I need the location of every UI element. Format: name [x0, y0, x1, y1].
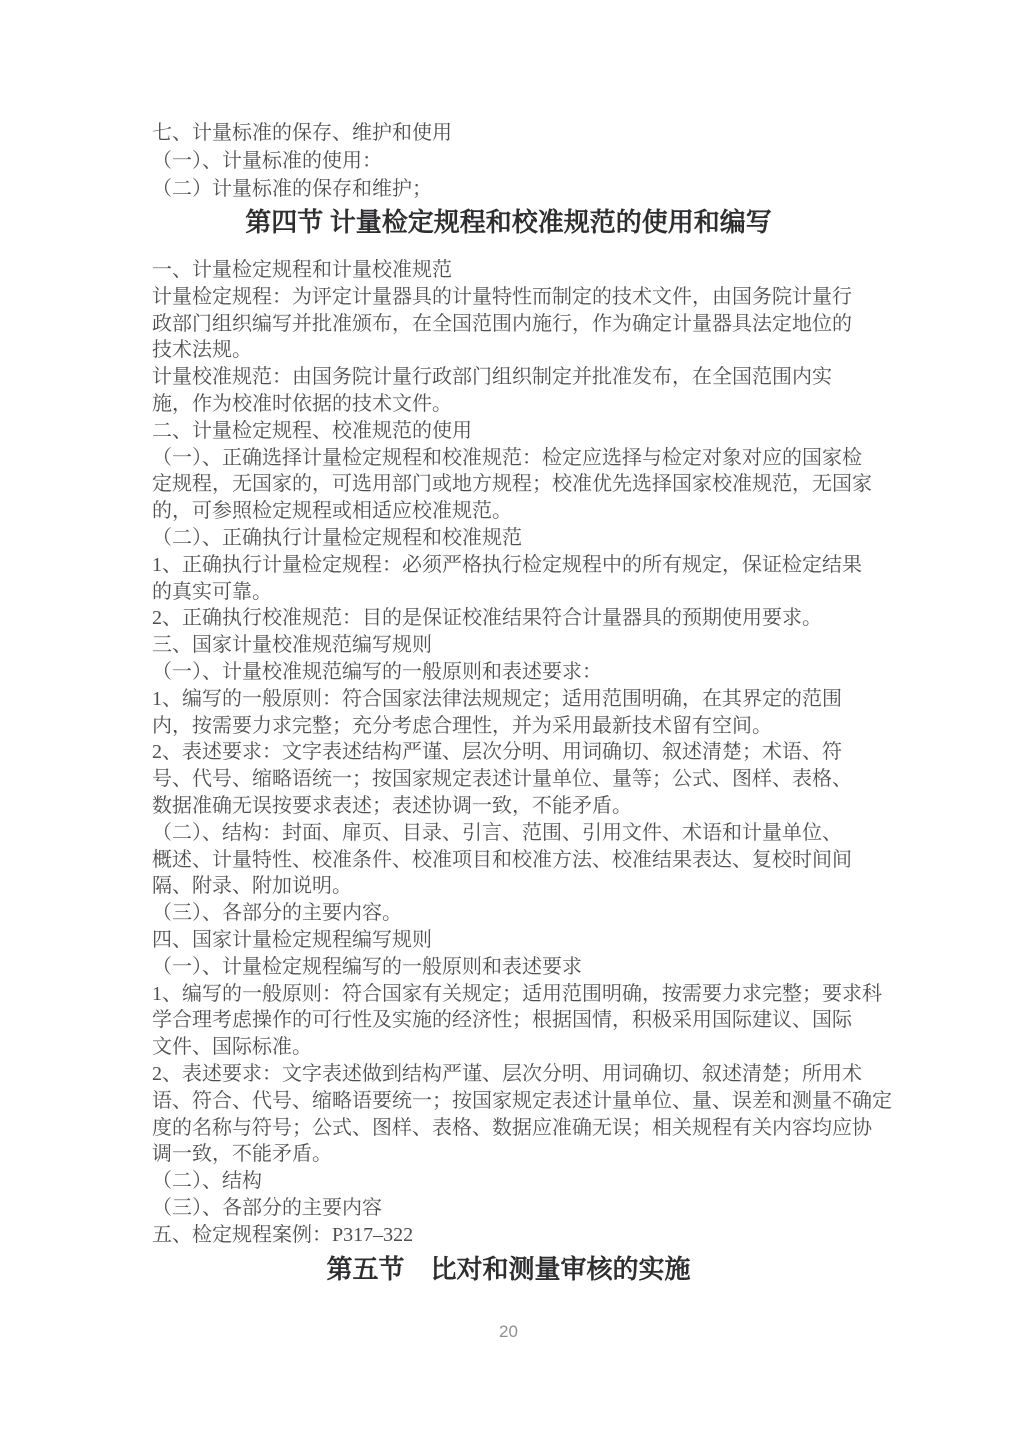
text-line: 1、正确执行计量检定规程：必须严格执行检定规程中的所有规定，保证检定结果 — [152, 552, 865, 579]
text-line: 计量检定规程：为评定计量器具的计量特性而制定的技术文件，由国务院计量行 — [152, 284, 865, 311]
text-line: 二、计量检定规程、校准规范的使用 — [152, 418, 865, 445]
text-line: 三、国家计量校准规范编写规则 — [152, 632, 865, 659]
text-line: 政部门组织编写并批准颁布，在全国范围内施行，作为确定计量器具法定地位的 — [152, 311, 865, 338]
text-line: 内，按需要力求完整；充分考虑合理性，并为采用最新技术留有空间。 — [152, 713, 865, 740]
text-line: 2、正确执行校准规范：目的是保证校准结果符合计量器具的预期使用要求。 — [152, 605, 865, 632]
text-line: （一）、正确选择计量检定规程和校准规范：检定应选择与检定对象对应的国家检 — [152, 445, 865, 472]
text-line: 隔、附录、附加说明。 — [152, 873, 865, 900]
page-number: 20 — [0, 1322, 1017, 1342]
text-line: （二）计量标准的保存和维护； — [152, 175, 865, 203]
text-line: 调一致，不能矛盾。 — [152, 1141, 865, 1168]
text-line: 学合理考虑操作的可行性及实施的经济性；根据国情，积极采用国际建议、国际 — [152, 1007, 865, 1034]
text-line: （二）、结构：封面、扉页、目录、引言、范围、引用文件、术语和计量单位、 — [152, 820, 865, 847]
text-line: 数据准确无误按要求表述；表述协调一致，不能矛盾。 — [152, 793, 865, 820]
text-line: 度的名称与符号；公式、图样、表格、数据应准确无误；相关规程有关内容均应协 — [152, 1115, 865, 1142]
text-line: 2、表述要求：文字表述结构严谨、层次分明、用词确切、叙述清楚；术语、符 — [152, 739, 865, 766]
text-line: 2、表述要求：文字表述做到结构严谨、层次分明、用词确切、叙述清楚；所用术 — [152, 1061, 865, 1088]
text-line: 四、国家计量检定规程编写规则 — [152, 927, 865, 954]
text-line: 一、计量检定规程和计量校准规范 — [152, 257, 865, 284]
text-line: 的，可参照检定规程或相适应校准规范。 — [152, 498, 865, 525]
text-line: 语、符合、代号、缩略语要统一；按国家规定表述计量单位、量、误差和测量不确定 — [152, 1088, 865, 1115]
intro-lines: 七、计量标准的保存、维护和使用（一）、计量标准的使用：（二）计量标准的保存和维护… — [152, 119, 865, 203]
text-line: 号、代号、缩略语统一；按国家规定表述计量单位、量等；公式、图样、表格、 — [152, 766, 865, 793]
section4-heading: 第四节 计量检定规程和校准规范的使用和编写 — [152, 205, 865, 241]
text-line: 概述、计量特性、校准条件、校准项目和校准方法、校准结果表达、复校时间间 — [152, 847, 865, 874]
section4-body: 一、计量检定规程和计量校准规范计量检定规程：为评定计量器具的计量特性而制定的技术… — [152, 257, 865, 1248]
text-line: 1、编写的一般原则：符合国家有关规定；适用范围明确，按需要力求完整；要求科 — [152, 981, 865, 1008]
text-line: 计量校准规范：由国务院计量行政部门组织制定并批准发布，在全国范围内实 — [152, 364, 865, 391]
text-line: （一）、计量标准的使用： — [152, 147, 865, 175]
text-line: 五、检定规程案例：P317–322 — [152, 1222, 865, 1249]
document-page: 七、计量标准的保存、维护和使用（一）、计量标准的使用：（二）计量标准的保存和维护… — [0, 0, 1017, 1438]
text-line: （三）、各部分的主要内容 — [152, 1195, 865, 1222]
text-line: 七、计量标准的保存、维护和使用 — [152, 119, 865, 147]
text-line: （一）、计量检定规程编写的一般原则和表述要求 — [152, 954, 865, 981]
text-line: 的真实可靠。 — [152, 579, 865, 606]
text-line: （三）、各部分的主要内容。 — [152, 900, 865, 927]
text-line: 1、编写的一般原则：符合国家法律法规规定；适用范围明确，在其界定的范围 — [152, 686, 865, 713]
text-line: 文件、国际标准。 — [152, 1034, 865, 1061]
page-content: 七、计量标准的保存、维护和使用（一）、计量标准的使用：（二）计量标准的保存和维护… — [152, 119, 865, 1288]
text-line: （二）、正确执行计量检定规程和校准规范 — [152, 525, 865, 552]
text-line: 施，作为校准时依据的技术文件。 — [152, 391, 865, 418]
text-line: （一）、计量校准规范编写的一般原则和表述要求： — [152, 659, 865, 686]
text-line: 定规程，无国家的，可选用部门或地方规程；校准优先选择国家校准规范，无国家 — [152, 471, 865, 498]
text-line: 技术法规。 — [152, 337, 865, 364]
section5-heading: 第五节 比对和测量审核的实施 — [152, 1252, 865, 1288]
text-line: （二）、结构 — [152, 1168, 865, 1195]
